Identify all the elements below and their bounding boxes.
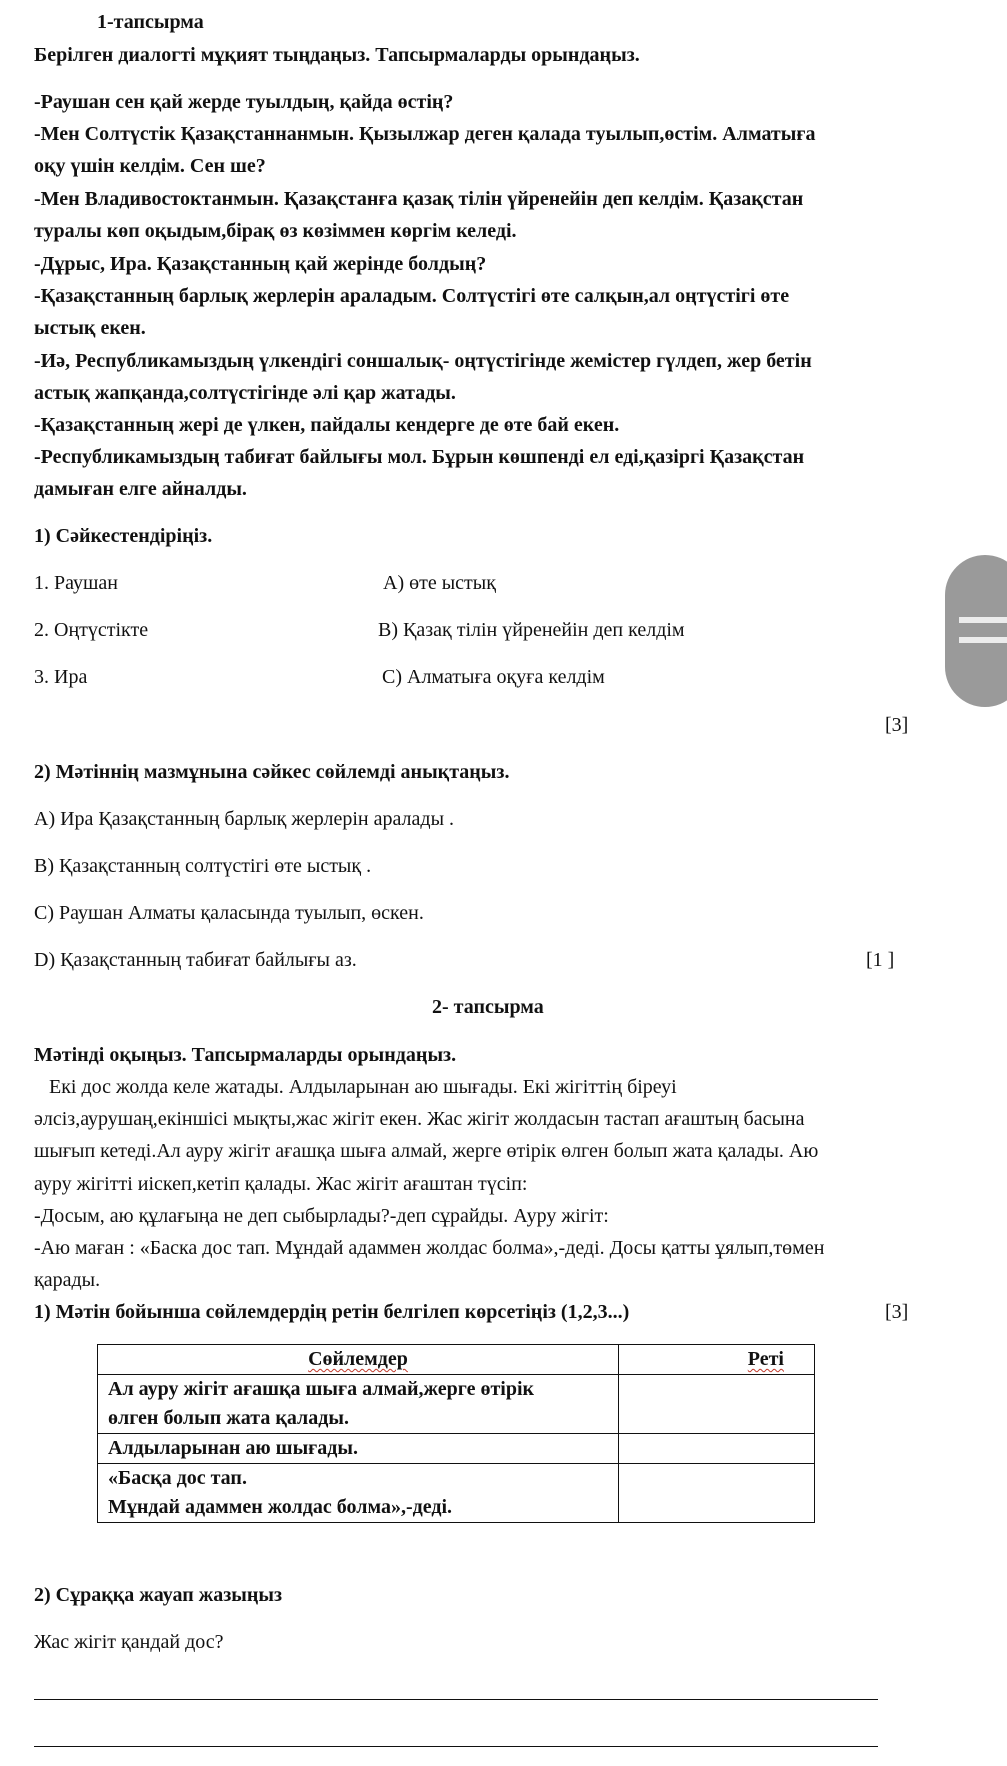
task1-q1-points: [3] [885, 713, 908, 737]
task2-q1-points: [3] [885, 1300, 908, 1324]
text-line: Екі дос жолда келе жатады. Алдыларынан а… [34, 1075, 677, 1099]
dialogue-line: -Раушан сен қай жерде туылдың, қайда өст… [34, 90, 453, 114]
task1-instruction: Берілген диалогті мұқият тыңдаңыз. Тапсы… [34, 43, 640, 67]
text-line: -Досым, аю құлағыңа не деп сыбырлады?-де… [34, 1204, 609, 1228]
dialogue-line: дамыған елге айналды. [34, 477, 247, 501]
task2-q2-question: Жас жігіт қандай дос? [34, 1630, 224, 1654]
order-table: Сөйлемдер Реті Ал ауру жігіт ағашқа шыға… [97, 1344, 815, 1523]
table-row: «Басқа дос тап. Мұндай адаммен жолдас бо… [98, 1464, 815, 1523]
sentence-cell: Алдыларынан аю шығады. [98, 1434, 619, 1464]
sentence-cell: «Басқа дос тап. Мұндай адаммен жолдас бо… [98, 1464, 619, 1523]
q2-option-d: D) Қазақстанның табиғат байлығы аз. [34, 948, 357, 972]
q2-option-a: A) Ира Қазақстанның барлық жерлерін арал… [34, 807, 454, 831]
task1-q2-title: 2) Мәтіннің мазмұнына сәйкес сөйлемді ан… [34, 760, 509, 784]
dialogue-line: ыстық екен. [34, 316, 146, 340]
task2-q1-title: 1) Мәтін бойынша сөйлемдердің ретін белг… [34, 1300, 629, 1324]
order-cell[interactable] [619, 1434, 815, 1464]
task2-instruction: Мәтінді оқыңыз. Тапсырмаларды орындаңыз. [34, 1043, 456, 1067]
dialogue-line: -Қазақстанның жері де үлкен, пайдалы кен… [34, 413, 619, 437]
match-left-item: 2. Оңтүстікте [34, 618, 148, 642]
table-header-row: Сөйлемдер Реті [98, 1345, 815, 1375]
task1-q1-title: 1) Сәйкестендіріңіз. [34, 524, 212, 548]
table-row: Алдыларынан аю шығады. [98, 1434, 815, 1464]
header-order: Реті [619, 1345, 815, 1375]
dialogue-line: -Иә, Республикамыздың үлкендігі соншалық… [34, 349, 812, 373]
dialogue-line: -Мен Владивостоктанмын. Қазақстанға қаза… [34, 187, 803, 211]
table-row: Ал ауру жігіт ағашқа шыға алмай,жерге өт… [98, 1375, 815, 1434]
order-cell[interactable] [619, 1375, 815, 1434]
order-cell[interactable] [619, 1464, 815, 1523]
dialogue-line: -Қазақстанның барлық жерлерін араладым. … [34, 284, 789, 308]
match-right-item: C) Алматыға оқуға келдім [382, 665, 605, 689]
match-right-item: B) Қазақ тілін үйренейін деп келдім [378, 618, 685, 642]
text-line: ауру жігітті иіскеп,кетіп қалады. Жас жі… [34, 1172, 527, 1196]
text-line: -Аю маған : «Баска дос тап. Мұндай адамм… [34, 1236, 824, 1260]
header-sentences: Сөйлемдер [98, 1345, 619, 1375]
task1-q2-points: [1 ] [866, 948, 894, 972]
text-line: әлсіз,аурушаң,екіншісі мықты,жас жігіт е… [34, 1107, 805, 1131]
match-left-item: 1. Раушан [34, 571, 118, 595]
task1-title: 1-тапсырма [97, 10, 204, 34]
task2-title: 2- тапсырма [432, 995, 544, 1019]
task2-q2-title: 2) Сұраққа жауап жазыңыз [34, 1583, 282, 1607]
dialogue-line: астық жапқанда,солтүстігінде әлі қар жат… [34, 381, 456, 405]
match-left-item: 3. Ира [34, 665, 87, 689]
q2-option-b: B) Қазақстанның солтүстігі өте ыстық . [34, 854, 371, 878]
q2-option-c: C) Раушан Алматы қаласында туылып, өскен… [34, 901, 424, 925]
dialogue-line: -Республикамыздың табиғат байлығы мол. Б… [34, 445, 804, 469]
match-right-item: A) өте ыстық [383, 571, 496, 595]
text-line: шығып кетеді.Ал ауру жігіт ағашқа шыға а… [34, 1139, 818, 1163]
answer-line[interactable] [34, 1746, 878, 1747]
dialogue-line: туралы көп оқыдым,бірақ өз көзіммен көрг… [34, 219, 517, 243]
text-line: қарады. [34, 1268, 100, 1292]
sentence-cell: Ал ауру жігіт ағашқа шыға алмай,жерге өт… [98, 1375, 619, 1434]
dialogue-line: -Дұрыс, Ира. Қазақстанның қай жерінде бо… [34, 252, 486, 276]
answer-line[interactable] [34, 1699, 878, 1700]
dialogue-line: оқу үшін келдім. Сен ше? [34, 154, 266, 178]
dialogue-line: -Мен Солтүстік Қазақстаннанмын. Қызылжар… [34, 122, 815, 146]
side-drawer-handle[interactable] [945, 555, 1007, 707]
